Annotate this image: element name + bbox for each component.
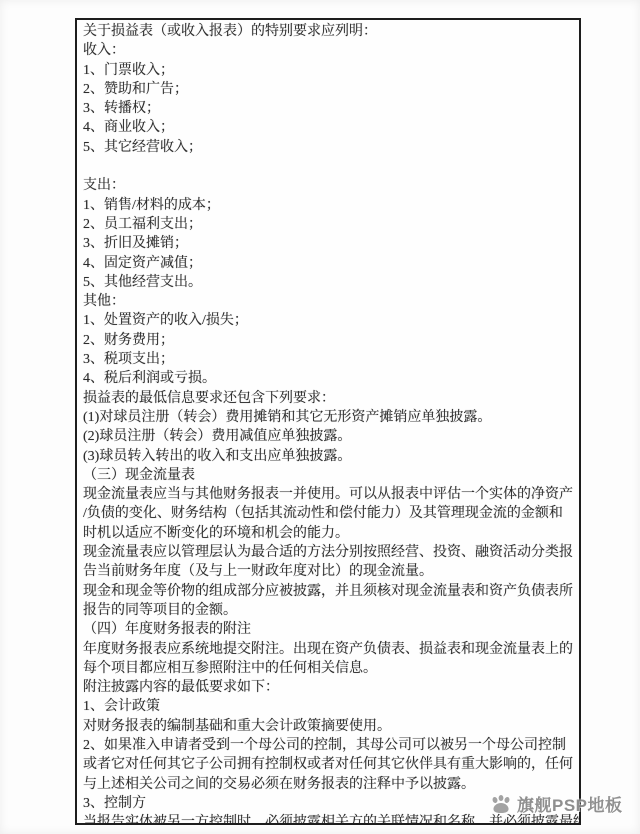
text-line: 附注披露内容的最低要求如下： [83,678,575,697]
text-line: 其他： [83,292,575,311]
text-line: 4、税后利润或亏损。 [83,369,575,388]
text-line: 当报告实体被另一方控制时，必须披露相关方的关联情况和名称，并必须披露最终 [83,813,575,825]
text-line: 现金流量表应以管理层认为最合适的方法分别按照经营、投资、融资活动分类报 [83,543,575,562]
text-line: 现金流量表应当与其他财务报表一并使用。可以从报表中评估一个实体的净资产 [83,485,575,504]
text-line: (1)对球员注册（转会）费用摊销和其它无形资产摊销应单独披露。 [83,408,575,427]
text-line: 损益表的最低信息要求还包含下列要求： [83,389,575,408]
text-line: 或者它对任何其它子公司拥有控制权或者对任何其它伙伴具有重大影响的，任何 [83,755,575,774]
text-line: 告当前财务年度（及与上一财政年度对比）的现金流量。 [83,562,575,581]
text-line: 支出： [83,176,575,195]
text-line: 每个项目都应相互参照附注中的任何相关信息。 [83,659,575,678]
text-line: 4、商业收入； [83,118,575,137]
text-line: 3、折旧及摊销； [83,234,575,253]
text-line: 收入： [83,41,575,60]
text-line: 5、其它经营收入； [83,138,575,157]
text-line: 关于损益表（或收入报表）的特别要求应列明： [83,22,575,41]
text-line: 5、其他经营支出。 [83,273,575,292]
text-line: 1、处置资产的收入/损失； [83,311,575,330]
text-line: 3、控制方 [83,794,575,813]
text-line: 2、财务费用； [83,331,575,350]
text-line: (2)球员注册（转会）费用减值应单独披露。 [83,427,575,446]
text-line: 2、员工福利支出； [83,215,575,234]
text-line: 1、销售/材料的成本； [83,196,575,215]
text-line: 2、如果准入申请者受到一个母公司的控制，其母公司可以被另一个母公司控制 [83,736,575,755]
text-line: 现金和现金等价物的组成部分应被披露，并且须核对现金流量表和资产负债表所 [83,582,575,601]
scanned-document-page: 关于损益表（或收入报表）的特别要求应列明：收入：1、门票收入；2、赞助和广告；3… [0,0,640,834]
text-line: 时机以适应不断变化的环境和机会的能力。 [83,524,575,543]
document-text: 关于损益表（或收入报表）的特别要求应列明：收入：1、门票收入；2、赞助和广告；3… [83,22,575,825]
text-line: 与上述相关公司之间的交易必须在财务报表的注释中予以披露。 [83,775,575,794]
text-line [83,157,575,176]
text-line: 3、转播权； [83,99,575,118]
text-line: 4、固定资产减值； [83,254,575,273]
text-line: (3)球员转入转出的收入和支出应单独披露。 [83,447,575,466]
text-line: 1、门票收入； [83,61,575,80]
text-line: /负债的变化、财务结构（包括其流动性和偿付能力）及其管理现金流的金额和 [83,504,575,523]
text-line: 3、税项支出； [83,350,575,369]
text-line: 年度财务报表应系统地提交附注。出现在资产负债表、损益表和现金流量表上的 [83,640,575,659]
text-line: 对财务报表的编制基础和重大会计政策摘要使用。 [83,717,575,736]
document-table-cell: 关于损益表（或收入报表）的特别要求应列明：收入：1、门票收入；2、赞助和广告；3… [75,18,581,825]
text-line: （三）现金流量表 [83,466,575,485]
text-line: 1、会计政策 [83,697,575,716]
text-line: 2、赞助和广告； [83,80,575,99]
text-line: 报告的同等项目的金额。 [83,601,575,620]
text-line: （四）年度财务报表的附注 [83,620,575,639]
